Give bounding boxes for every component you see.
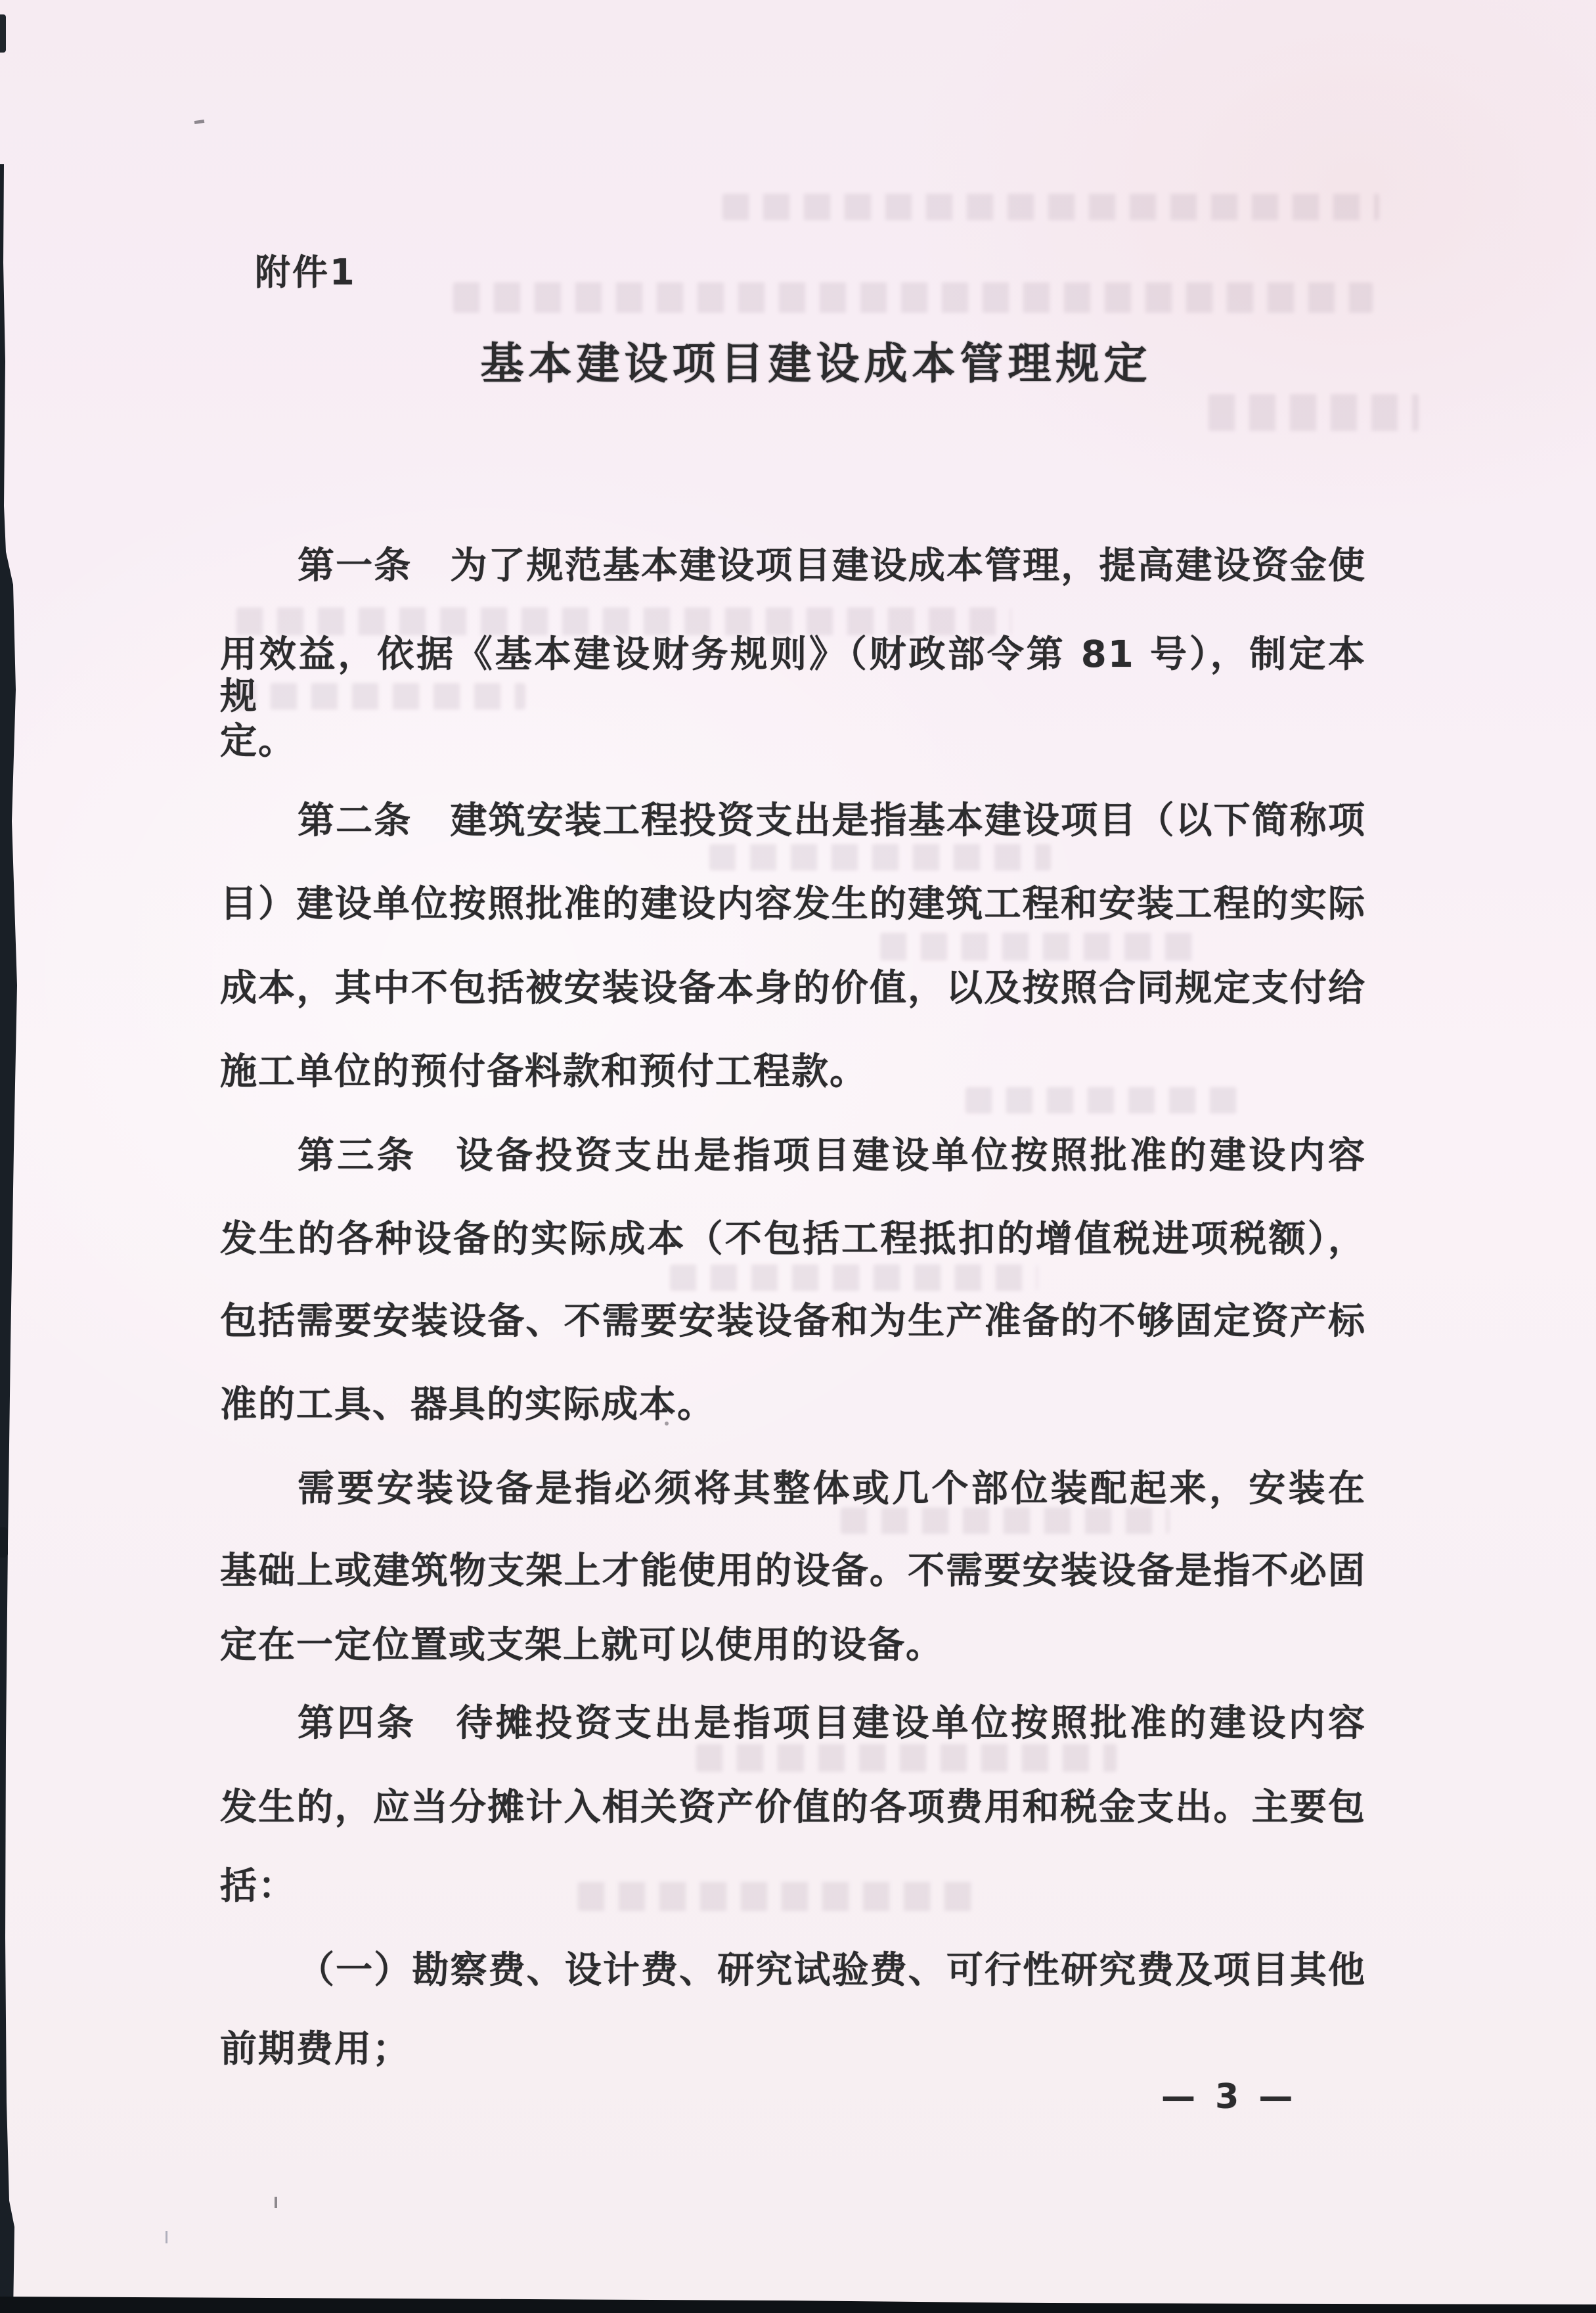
body-line-item1-2: 前期费用；	[220, 2029, 1366, 2071]
body-line-article1-3: 定。	[220, 721, 1366, 763]
bleed-through-smudge	[841, 1508, 1169, 1534]
body-line-article3-4: 准的工具、器具的实际成本。	[220, 1384, 1366, 1426]
body-line-article1-1: 第一条 为了规范基本建设项目建设成本管理，提高建设资金使	[220, 545, 1366, 587]
scan-speck	[665, 1422, 669, 1426]
scan-edge-left-blob	[0, 1527, 8, 1558]
scan-edge-bottom-strip	[0, 2293, 1596, 2313]
body-line-article4-2: 发生的，应当分摊计入相关资产价值的各项费用和税金支出。主要包	[220, 1787, 1366, 1829]
body-line-article4-1: 第四条 待摊投资支出是指项目建设单位按照批准的建设内容	[220, 1703, 1366, 1745]
body-line-install-2: 基础上或建筑物支架上才能使用的设备。不需要安装设备是指不必固	[220, 1550, 1366, 1592]
body-line-article2-3: 成本，其中不包括被安装设备本身的价值，以及按照合同规定支付给	[220, 968, 1366, 1010]
bleed-through-smudge	[1208, 394, 1419, 431]
body-line-article3-1: 第三条 设备投资支出是指项目建设单位按照批准的建设内容	[220, 1135, 1366, 1177]
body-line-article2-2: 目）建设单位按照批准的建设内容发生的建筑工程和安装工程的实际	[220, 884, 1366, 926]
scan-speck	[166, 2231, 167, 2243]
scan-edge-left-strip	[0, 164, 20, 2313]
bleed-through-smudge	[670, 1265, 1038, 1291]
bleed-through-smudge	[236, 608, 1011, 635]
body-line-article1-2: 用效益，依据《基本建设财务规则》（财政部令第 81 号），制定本规	[220, 634, 1366, 676]
page-number: — 3 —	[1161, 2077, 1297, 2117]
body-line-article3-3: 包括需要安装设备、不需要安装设备和为生产准备的不够固定资产标	[220, 1301, 1366, 1343]
body-line-article3-2: 发生的各种设备的实际成本（不包括工程抵扣的增值税进项税额），	[220, 1219, 1366, 1261]
body-line-article2-4: 施工单位的预付备料款和预付工程款。	[220, 1051, 1366, 1093]
scanned-document-page: 附件1 基本建设项目建设成本管理规定 第一条 为了规范基本建设项目建设成本管理，…	[0, 0, 1596, 2313]
bleed-through-smudge	[453, 282, 1373, 313]
scan-edge-corner-mark	[0, 14, 6, 53]
bleed-through-smudge	[709, 844, 1051, 870]
scan-speck	[275, 2197, 277, 2208]
body-line-article2-1: 第二条 建筑安装工程投资支出是指基本建设项目（以下简称项	[220, 800, 1366, 842]
bleed-through-smudge	[230, 683, 525, 709]
body-line-install-1: 需要安装设备是指必须将其整体或几个部位装配起来，安装在	[220, 1468, 1366, 1510]
scan-speck	[194, 120, 205, 124]
bleed-through-smudge	[880, 933, 1195, 960]
bleed-through-smudge	[722, 194, 1379, 220]
document-title: 基本建设项目建设成本管理规定	[220, 328, 1366, 391]
bleed-through-smudge	[696, 1744, 1117, 1772]
body-line-article4-3: 括：	[220, 1866, 1366, 1908]
attachment-label: 附件1	[255, 244, 357, 295]
body-line-item1-1: （一）勘察费、设计费、研究试验费、可行性研究费及项目其他	[220, 1950, 1366, 1992]
body-line-install-3: 定在一定位置或支架上就可以使用的设备。	[220, 1625, 1366, 1667]
